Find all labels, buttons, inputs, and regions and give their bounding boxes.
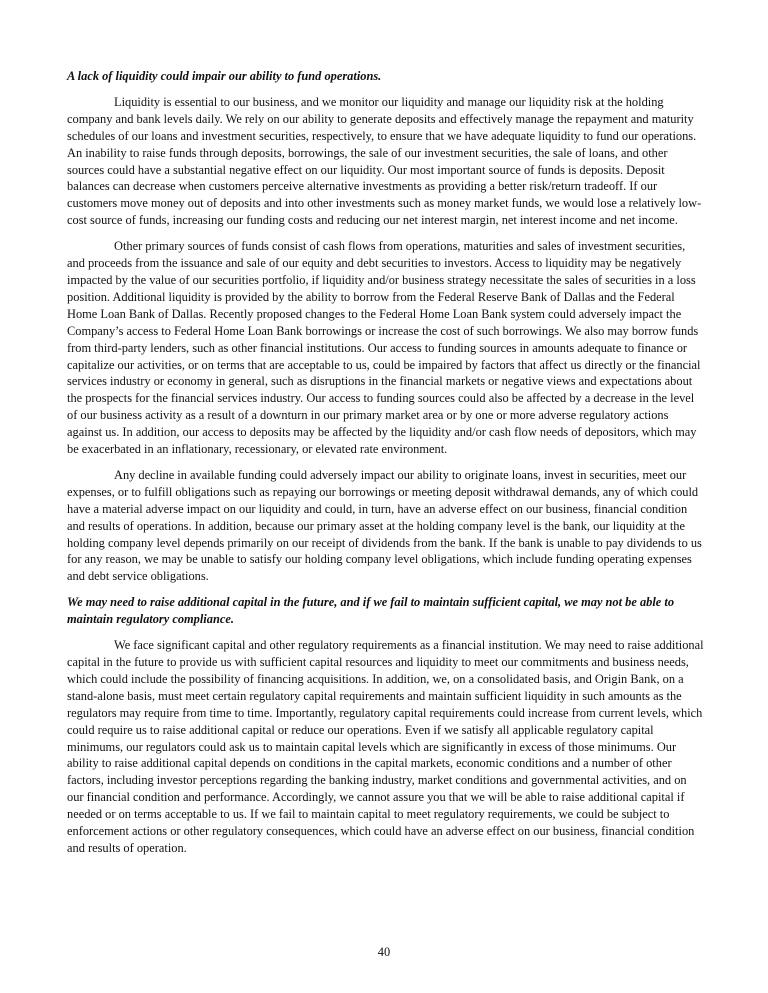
paragraph-capital-requirements: We face significant capital and other re… [67, 637, 705, 857]
paragraph-other-sources: Other primary sources of funds consist o… [67, 238, 705, 458]
section-heading-capital: We may need to raise additional capital … [67, 594, 705, 628]
paragraph-liquidity-essential: Liquidity is essential to our business, … [67, 94, 705, 229]
paragraph-decline-funding: Any decline in available funding could a… [67, 467, 705, 585]
section-heading-liquidity: A lack of liquidity could impair our abi… [67, 68, 705, 85]
document-page: A lack of liquidity could impair our abi… [67, 68, 705, 866]
page-number: 40 [0, 945, 768, 960]
